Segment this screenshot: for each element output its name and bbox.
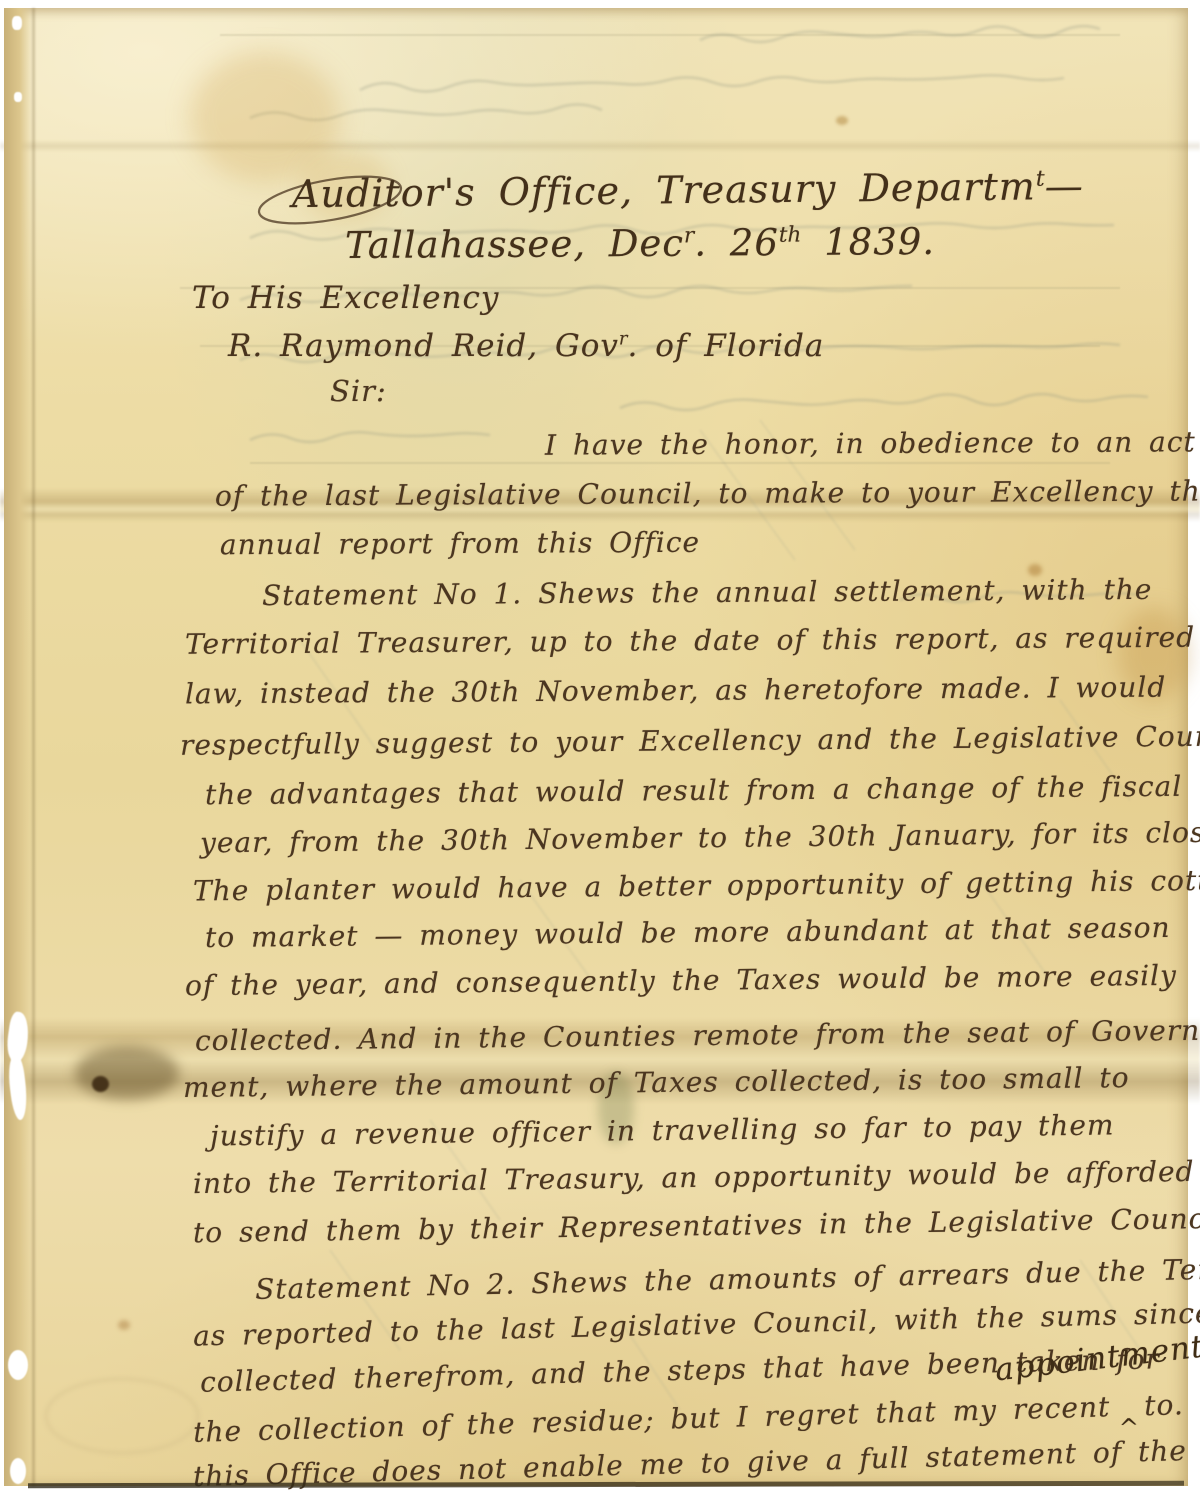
edge-tear	[12, 16, 22, 30]
heading-dash: —	[1044, 164, 1083, 208]
edge-tear	[14, 92, 22, 102]
address-line-1: To His Excellency	[192, 280, 499, 316]
heading-superscript: r	[684, 223, 694, 248]
letter-line: law, instead the 30th November, as heret…	[185, 671, 1166, 711]
letter-line: annual report from this Office	[220, 526, 700, 562]
insertion-line-suffix: to.	[1144, 1388, 1184, 1422]
address-line-2: R. Raymond Reid, Govr. of Florida	[228, 328, 824, 364]
salutation: Sir:	[330, 374, 387, 408]
bleed-rule-line	[250, 462, 1110, 464]
binding-hole	[10, 1458, 26, 1484]
letter-line: Territorial Treasurer, up to the date of…	[185, 620, 1200, 660]
heading-line-1: Auditor's Office, Treasury Departmt—	[292, 164, 1084, 216]
heading-office: Auditor's Office, Treasury Departm	[292, 164, 1036, 216]
heading-superscript: t	[1036, 167, 1045, 192]
paper-bottom-edge	[28, 1481, 1184, 1488]
letter-line: I have the honor, in obedience to an act	[545, 425, 1196, 461]
address-superscript: r	[619, 329, 628, 350]
heading-place-date: Tallahassee, Dec	[345, 222, 684, 267]
binding-edge	[4, 8, 32, 1486]
bleed-rule-line	[220, 34, 1120, 36]
letter-line: of the last Legislative Council, to make…	[215, 474, 1200, 512]
fold-line	[32, 8, 35, 1486]
heading-line-2: Tallahassee, Decr. 26th 1839.	[345, 220, 935, 267]
binding-hole	[8, 1350, 28, 1380]
scanned-letter-page: Auditor's Office, Treasury Departmt— Tal…	[0, 0, 1200, 1507]
insertion-group: appointment^to.	[1144, 1388, 1184, 1422]
heading-superscript: th	[779, 223, 802, 248]
letter-line: Statement No 1. Shews the annual settlem…	[262, 573, 1153, 612]
